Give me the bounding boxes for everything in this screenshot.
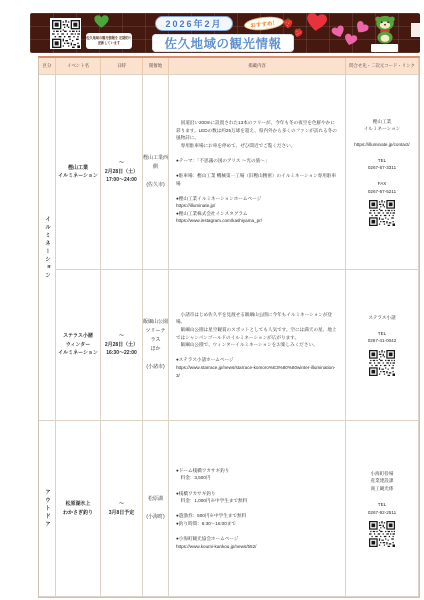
event-name: 松原湖氷上 わかさぎ釣り	[56, 421, 101, 597]
mascot-label-chip	[371, 44, 398, 52]
event-name: ステラス小諸 ウィンター イルミネーション	[56, 270, 101, 421]
column-header-contact: 問合せ先・二次元コード・リンク	[346, 58, 419, 75]
header-qr-code-icon	[50, 18, 81, 49]
red-heart-icon	[305, 12, 328, 34]
event-date: ～ 2月28日（土） 17:00～24:00	[101, 75, 143, 270]
column-header-event: イベント名	[56, 58, 101, 75]
tourism-flyer-page: 佐久地域の観光情報を 定期的に更新しています 2026年2月 佐久地域の観光情報…	[0, 0, 424, 600]
month-badge: 2026年2月	[155, 16, 233, 31]
event-contact: ステラス小諸 TEL 0267-41-0042	[346, 270, 419, 421]
event-venue: 飯綱山公園 ツリーテラス ほか (小諸市)	[143, 270, 169, 421]
column-header-date: 日時	[101, 58, 143, 75]
column-header-content: 掲載内容	[169, 58, 346, 75]
contact-text: 小海町役場 産業建設課 商工観光係 TEL 0267-92-2511	[350, 470, 414, 517]
event-description-text: 国道沿い200mに設置された13本のツリーが、今年も冬の夜空を色鮮やかに彩ります…	[169, 115, 345, 229]
column-header-category: 区分	[39, 58, 56, 75]
event-name: 樫山工業 イルミネーション	[56, 75, 101, 270]
category-illumination: イルミネーション	[39, 75, 56, 421]
event-description: ●ドーム桟橋ワカサギ釣り 料金：3,500円 ●桟橋ワカサギ釣り 料金：1,00…	[169, 421, 346, 597]
event-contact: 樫山工業 イルミネーション https://illuminate.jp/cont…	[346, 75, 419, 270]
event-description-text: ●ドーム桟橋ワカサギ釣り 料金：3,500円 ●桟橋ワカサギ釣り 料金：1,00…	[169, 463, 345, 554]
event-date: ～ 3月8日予定	[101, 421, 143, 597]
green-heart-logo-icon	[94, 15, 109, 29]
event-description: 小諸市はじめ佐久平を見渡せる飯綱山公園に今年もイルミネーションが登場。 飯綱山公…	[169, 270, 346, 421]
contact-qr-code-icon	[369, 200, 395, 226]
pink-heart-icon	[353, 19, 371, 36]
contact-text: ステラス小諸 TEL 0267-41-0042	[350, 314, 414, 345]
event-venue: 樫山工業西側 (佐久市)	[143, 75, 169, 270]
contact-text: 樫山工業 イルミネーション https://illuminate.jp/cont…	[350, 118, 414, 196]
info-speech-bubble: 佐久地域の観光情報を 定期的に更新しています	[86, 33, 132, 49]
events-table: 区分 イベント名 日時 開催地 掲載内容 問合せ先・二次元コード・リンク イルミ…	[38, 56, 420, 598]
banner-right-chip	[411, 23, 420, 37]
page-title: 佐久地域の観光情報	[152, 34, 294, 52]
contact-qr-code-icon	[369, 521, 395, 547]
event-contact: 小海町役場 産業建設課 商工観光係 TEL 0267-92-2511	[346, 421, 419, 597]
category-outdoor: アウトドア	[39, 421, 56, 597]
pink-heart-icon	[343, 33, 359, 48]
event-description-text: 小諸市はじめ佐久平を見渡せる飯綱山公園に今年もイルミネーションが登場。 飯綱山公…	[169, 307, 345, 383]
event-venue: 松原湖 (小海町)	[143, 421, 169, 597]
recommend-badge: おすすめ！	[243, 15, 284, 32]
bear-mascot-icon	[373, 15, 397, 44]
event-date: ～ 2月28日（土） 16:30～22:00	[101, 270, 143, 421]
contact-qr-code-icon	[369, 350, 395, 376]
header-banner: 佐久地域の観光情報を 定期的に更新しています 2026年2月 佐久地域の観光情報…	[30, 13, 420, 53]
column-header-venue: 開催地	[143, 58, 169, 75]
strawberry-icon	[282, 16, 294, 29]
event-description: 国道沿い200mに設置された13本のツリーが、今年も冬の夜空を色鮮やかに彩ります…	[169, 75, 346, 270]
